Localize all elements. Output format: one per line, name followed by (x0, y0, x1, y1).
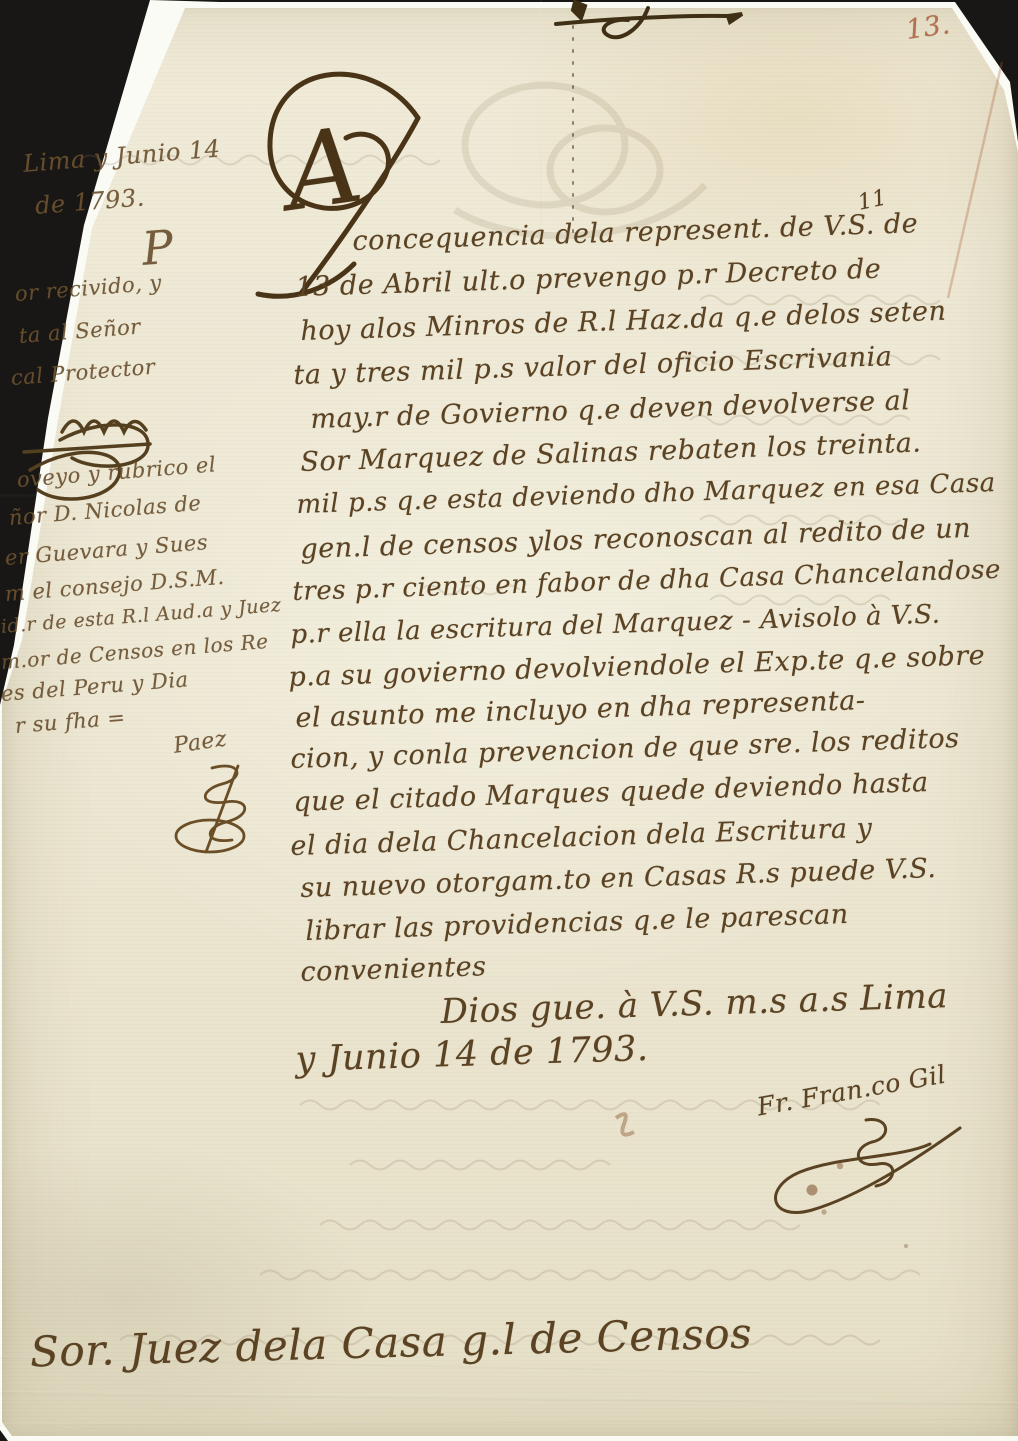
folio-number: 13. (904, 9, 952, 46)
initial-letter: A (278, 103, 370, 234)
margin-initial: P (140, 220, 176, 276)
body-line: convenientes (300, 951, 487, 988)
